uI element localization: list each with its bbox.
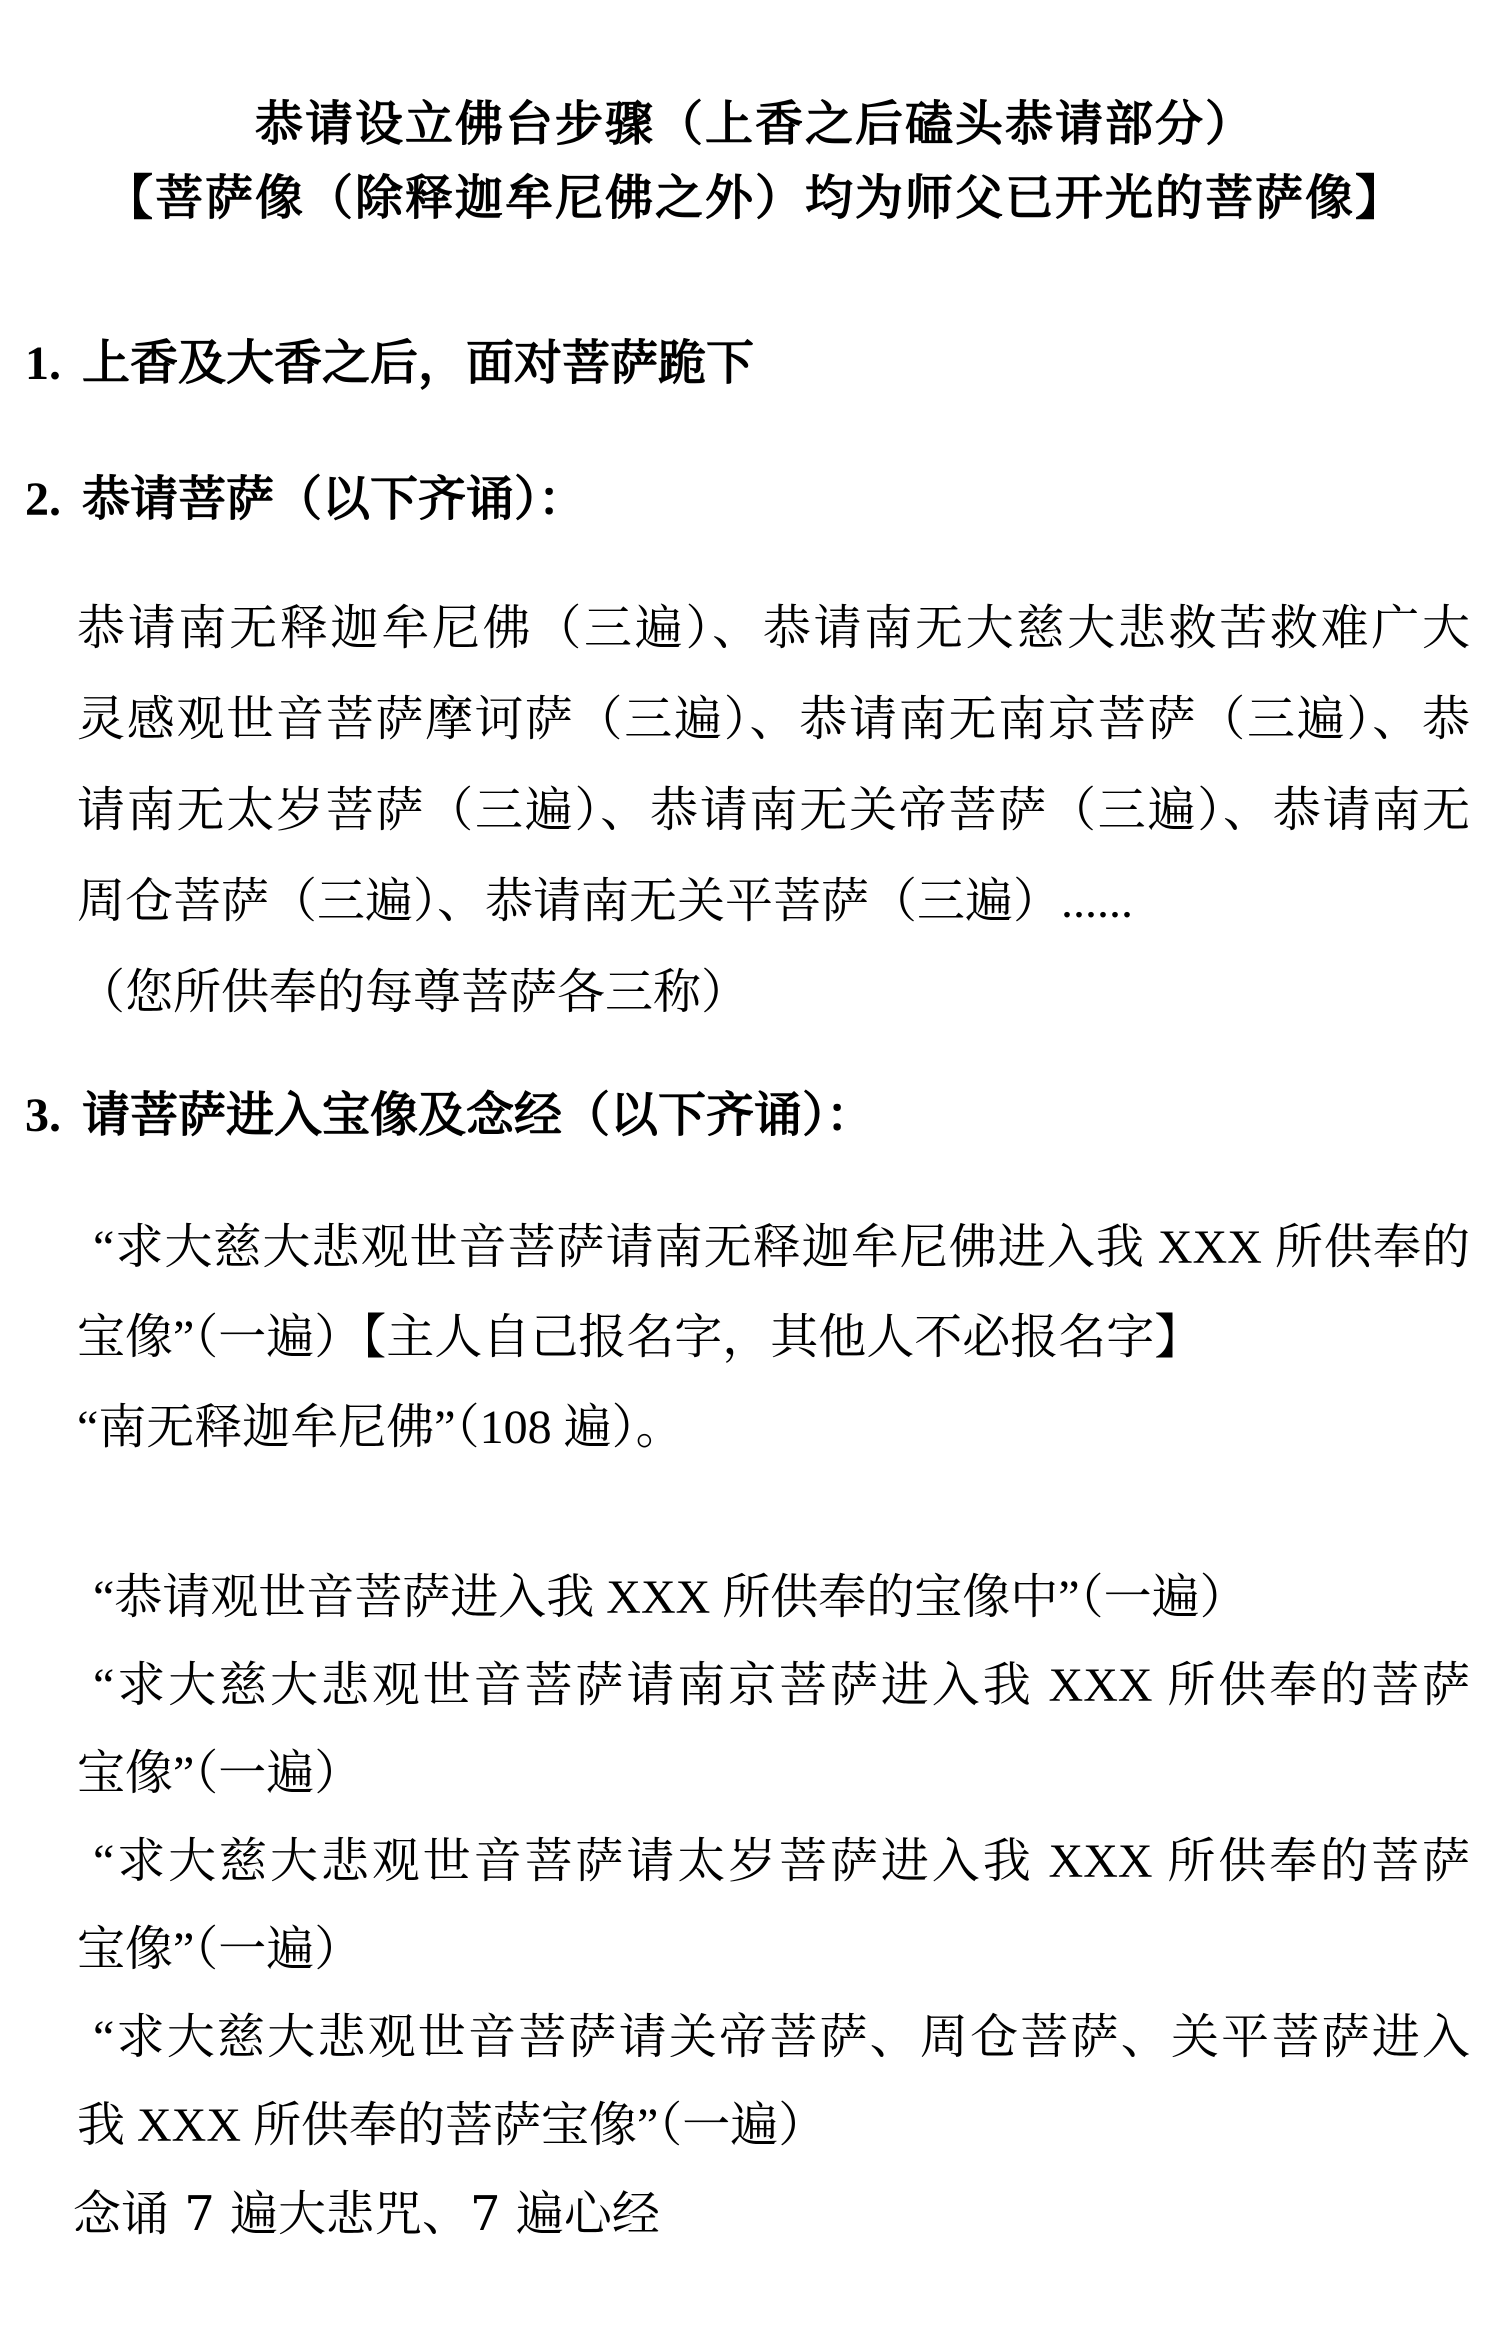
step-3-heading-text: 请菩萨进入宝像及念经（以下齐诵）：	[82, 1084, 874, 1148]
paragraph-line: 周仓菩萨（三遍）、恭请南无关平菩萨（三遍）......	[77, 856, 1470, 947]
step-2-paragraph: 恭请南无释迦牟尼佛（三遍）、恭请南无大慈大悲救苦救难广大 灵感观世音菩萨摩诃萨（…	[77, 583, 1470, 1038]
paragraph-line: 恭请南无释迦牟尼佛（三遍）、恭请南无大慈大悲救苦救难广大	[77, 583, 1470, 674]
title-line-2: 【菩萨像（除释迦牟尼佛之外）均为师父已开光的菩萨像】	[0, 162, 1510, 236]
paragraph-line: “求大慈大悲观世音菩萨请太岁菩萨进入我 XXX 所供奉的菩萨	[77, 1818, 1470, 1906]
paragraph-line: 宝像”（一遍）【主人自己报名字，其他人不必报名字】	[77, 1293, 1470, 1383]
paragraph-line: 宝像”（一遍）	[77, 1730, 1470, 1818]
step-3-paragraph-b: “恭请观世音菩萨进入我 XXX 所供奉的宝像中”（一遍） “求大慈大悲观世音菩萨…	[77, 1554, 1470, 2258]
paragraph-line: “求大慈大悲观世音菩萨请南无释迦牟尼佛进入我 XXX 所供奉的	[77, 1203, 1470, 1293]
document-page: 恭请设立佛台步骤（上香之后磕头恭请部分） 【菩萨像（除释迦牟尼佛之外）均为师父已…	[0, 0, 1510, 2339]
paragraph-line: （您所供奉的每尊菩萨各三称）	[77, 947, 1470, 1038]
paragraph-line: “求大慈大悲观世音菩萨请关帝菩萨、周仓菩萨、关平菩萨进入	[77, 1994, 1470, 2082]
step-3-number: 3.	[25, 1084, 82, 1148]
recitation-instruction-line: 念诵 7 遍大悲咒、7 遍心经	[73, 2170, 1470, 2258]
step-3-paragraph-a: “求大慈大悲观世音菩萨请南无释迦牟尼佛进入我 XXX 所供奉的 宝像”（一遍）【…	[77, 1203, 1470, 1473]
step-2-heading: 2. 恭请菩萨（以下齐诵）：	[25, 468, 1470, 532]
paragraph-line: 我 XXX 所供奉的菩萨宝像”（一遍）	[77, 2082, 1470, 2170]
step-2-heading-text: 恭请菩萨（以下齐诵）：	[82, 468, 586, 532]
step-3-heading: 3. 请菩萨进入宝像及念经（以下齐诵）：	[25, 1084, 1470, 1148]
step-1-number: 1.	[25, 332, 82, 396]
paragraph-line: 请南无太岁菩萨（三遍）、恭请南无关帝菩萨（三遍）、恭请南无	[77, 765, 1470, 856]
paragraph-line: “求大慈大悲观世音菩萨请南京菩萨进入我 XXX 所供奉的菩萨	[77, 1642, 1470, 1730]
title-line-1: 恭请设立佛台步骤（上香之后磕头恭请部分）	[0, 88, 1510, 162]
paragraph-line: 宝像”（一遍）	[77, 1906, 1470, 1994]
step-2-number: 2.	[25, 468, 82, 532]
paragraph-line: “南无释迦牟尼佛”（108 遍）。	[77, 1383, 1470, 1473]
step-1-heading-text: 上香及大香之后，面对菩萨跪下	[82, 332, 754, 396]
paragraph-line: 灵感观世音菩萨摩诃萨（三遍）、恭请南无南京菩萨（三遍）、恭	[77, 674, 1470, 765]
document-title: 恭请设立佛台步骤（上香之后磕头恭请部分） 【菩萨像（除释迦牟尼佛之外）均为师父已…	[0, 88, 1510, 236]
paragraph-line: “恭请观世音菩萨进入我 XXX 所供奉的宝像中”（一遍）	[77, 1554, 1470, 1642]
step-1-heading: 1. 上香及大香之后，面对菩萨跪下	[25, 332, 1470, 396]
